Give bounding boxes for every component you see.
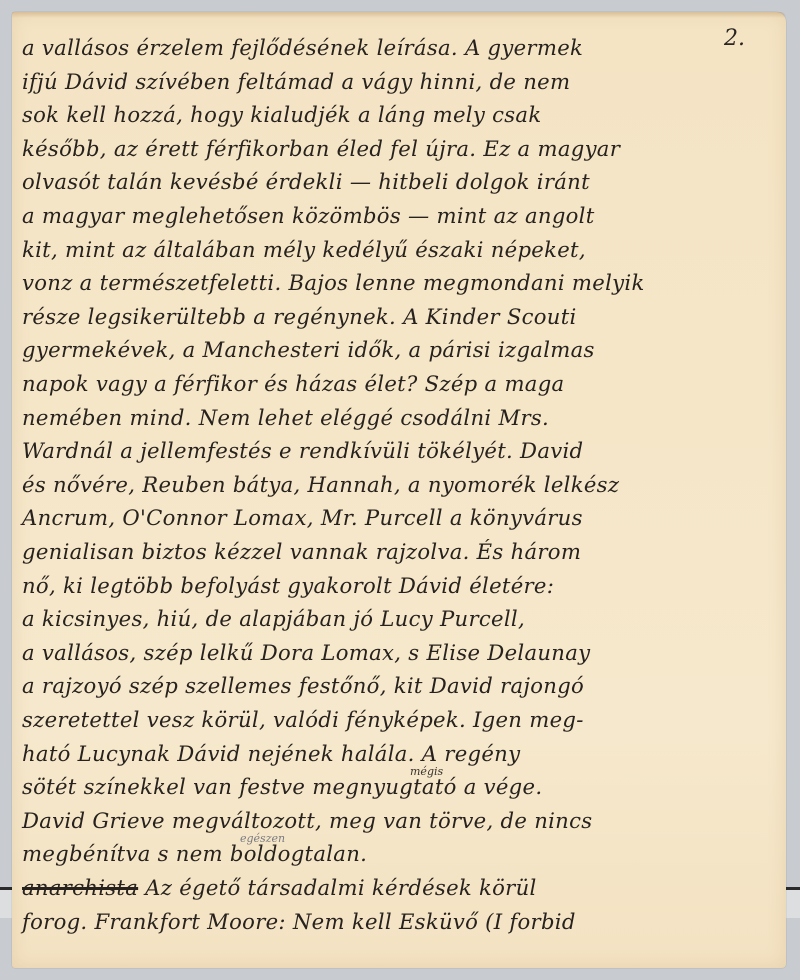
manuscript-line: anarchista Az égető társadalmi kérdések … [22,878,770,900]
scan-edge-line-right [785,887,800,890]
manuscript-line: kit, mint az általában mély kedélyű észa… [22,240,770,262]
manuscript-line: vonz a természetfeletti. Bajos lenne meg… [22,273,770,295]
manuscript-line: ifjú Dávid szívében feltámad a vágy hinn… [22,72,770,94]
manuscript-line: szeretettel vesz körül, valódi fényképek… [22,710,770,732]
manuscript-line: gyermekévek, a Manchesteri idők, a páris… [22,340,770,362]
manuscript-line: része legsikerültebb a regénynek. A Kind… [22,307,770,329]
manuscript-line: sötét színekkel van festve megnyugtató a… [22,777,770,799]
manuscript-line: ható Lucynak Dávid nejének halála. A reg… [22,744,770,766]
manuscript-line: a vallásos érzelem fejlődésének leírása.… [22,38,770,60]
manuscript-line: később, az érett férfikorban éled fel új… [22,139,770,161]
manuscript-line: és nővére, Reuben bátya, Hannah, a nyomo… [22,475,770,497]
manuscript-line: a kicsinyes, hiú, de alapjában jó Lucy P… [22,609,770,631]
insertion-megis: mégis [410,765,443,778]
manuscript-line: nő, ki legtöbb befolyást gyakorolt Dávid… [22,576,770,598]
line-text: Az égető társadalmi kérdések körül [138,876,536,901]
manuscript-line: a vallásos, szép lelkű Dora Lomax, s Eli… [22,643,770,665]
manuscript-line: olvasót talán kevésbé érdekli — hitbeli … [22,172,770,194]
struck-through-word: anarchista [22,876,138,901]
manuscript-line: a rajzoyó szép szellemes festőnő, kit Da… [22,676,770,698]
manuscript-line: David Grieve megváltozott, meg van törve… [22,811,770,833]
manuscript-line: forog. Frankfort Moore: Nem kell Esküvő … [22,912,770,934]
manuscript-line: napok vagy a férfikor és házas élet? Szé… [22,374,770,396]
manuscript-line: genialisan biztos kézzel vannak rajzolva… [22,542,770,564]
insertion-egeszen: egészen [240,832,285,845]
manuscript-line: sok kell hozzá, hogy kialudjék a láng me… [22,105,770,127]
manuscript-line: megbénítva s nem boldogtalan. [22,844,770,866]
manuscript-line: Wardnál a jellemfestés e rendkívüli töké… [22,441,770,463]
manuscript-line: Ancrum, O'Connor Lomax, Mr. Purcell a kö… [22,508,770,530]
manuscript-line: a magyar meglehetősen közömbös — mint az… [22,206,770,228]
manuscript-line: nemében mind. Nem lehet eléggé csodálni … [22,408,770,430]
